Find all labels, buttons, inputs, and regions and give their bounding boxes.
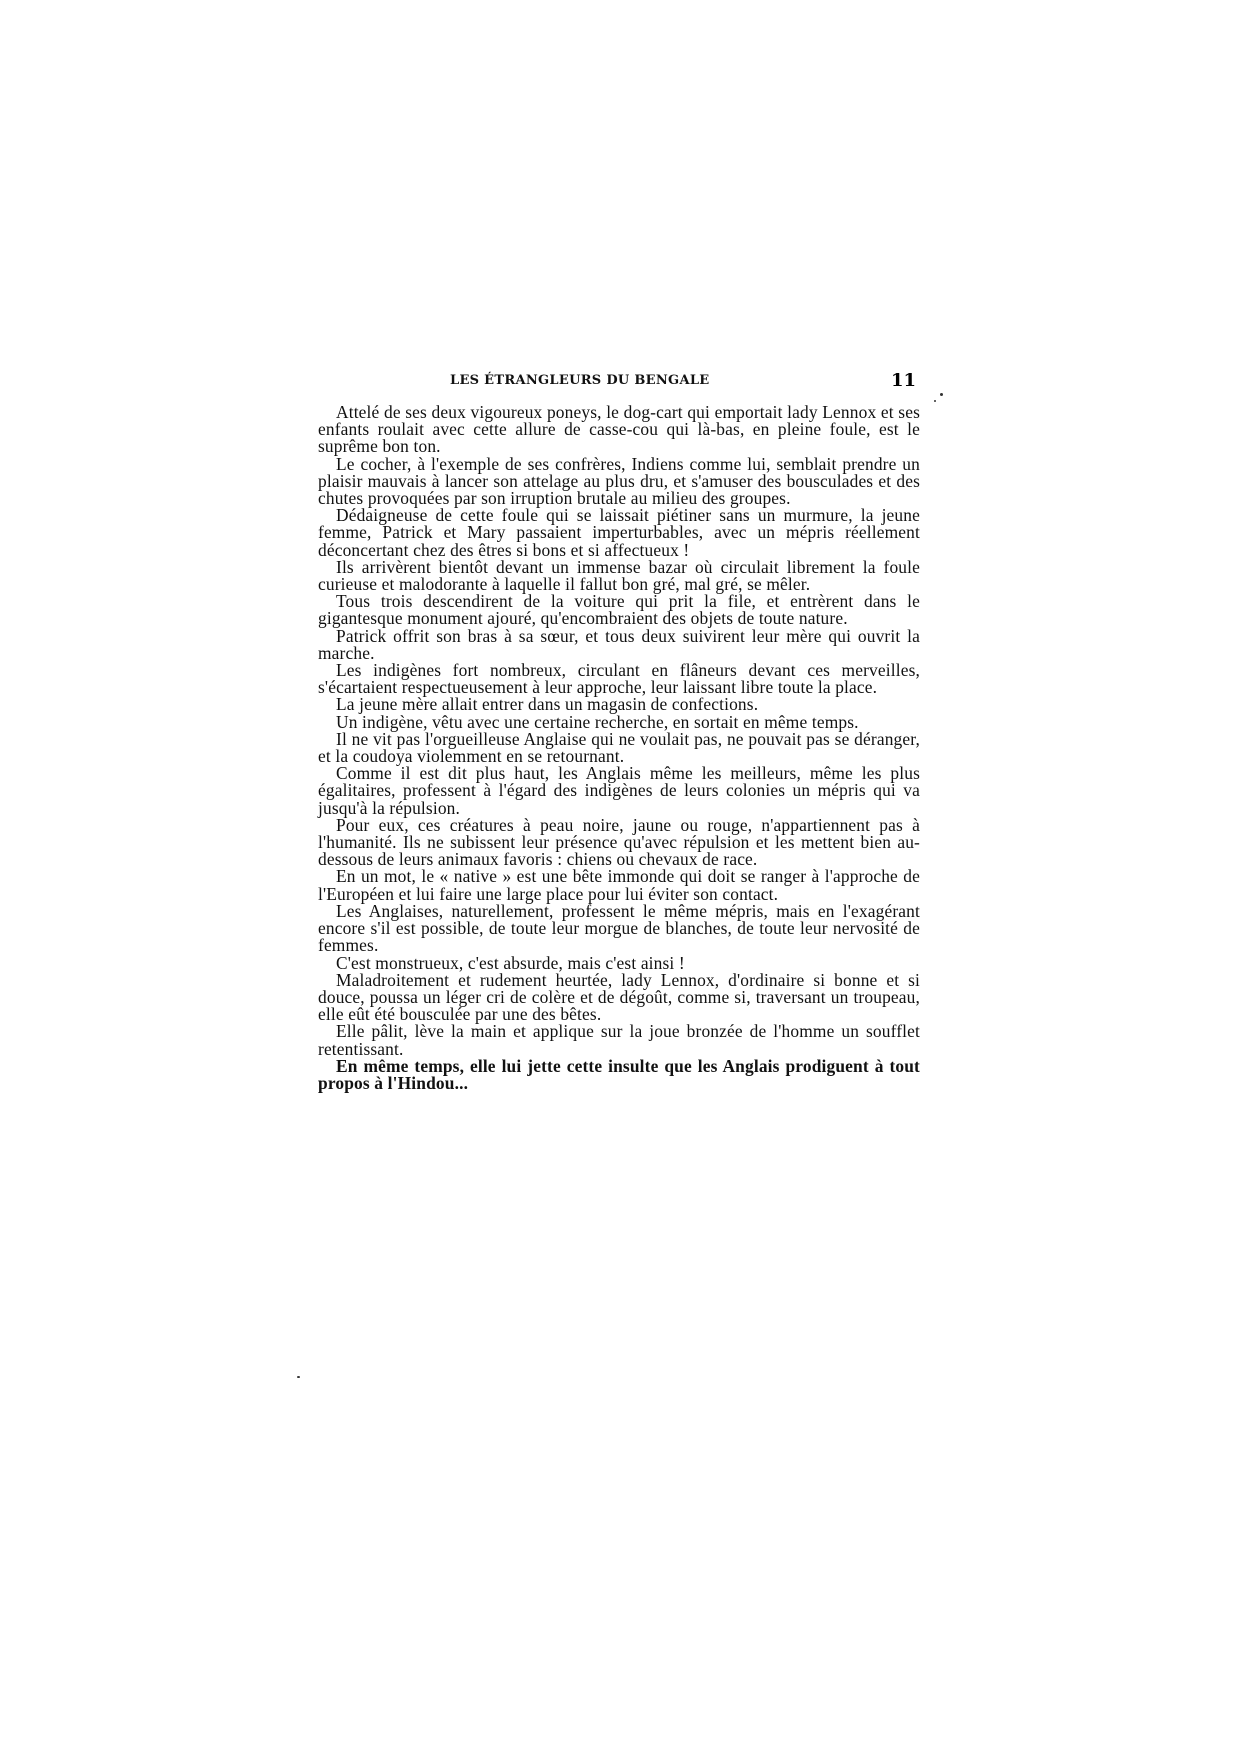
paragraph: Attelé de ses deux vigoureux poneys, le … <box>318 404 920 456</box>
paragraph: Les Anglaises, naturellement, professent… <box>318 903 920 955</box>
paragraph: Tous trois descendirent de la voiture qu… <box>318 593 920 627</box>
paragraph: Patrick offrit son bras à sa sœur, et to… <box>318 628 920 662</box>
page-header: LES ÉTRANGLEURS DU BENGALE 11 <box>300 370 920 394</box>
paragraph: Ils arrivèrent bientôt devant un immense… <box>318 559 920 593</box>
paragraph: En un mot, le « native » est une bête im… <box>318 868 920 902</box>
paragraph: Pour eux, ces créatures à peau noire, ja… <box>318 817 920 869</box>
paragraph: Comme il est dit plus haut, les Anglais … <box>318 765 920 817</box>
book-page: LES ÉTRANGLEURS DU BENGALE 11 Attelé de … <box>0 0 1241 1754</box>
paragraph: Maladroitement et rudement heurtée, lady… <box>318 972 920 1024</box>
page-number: 11 <box>891 370 916 391</box>
body-text: Attelé de ses deux vigoureux poneys, le … <box>318 404 920 1092</box>
scan-speck <box>934 400 936 402</box>
paragraph: Dédaigneuse de cette foule qui se laissa… <box>318 507 920 559</box>
paragraph: Les indigènes fort nombreux, circulant e… <box>318 662 920 696</box>
paragraph: Le cocher, à l'exemple de ses confrères,… <box>318 456 920 508</box>
scan-speck <box>940 393 943 396</box>
paragraph: Il ne vit pas l'orgueilleuse Anglaise qu… <box>318 731 920 765</box>
paragraph: Elle pâlit, lève la main et applique sur… <box>318 1023 920 1057</box>
paragraph: En même temps, elle lui jette cette insu… <box>318 1058 920 1092</box>
running-title: LES ÉTRANGLEURS DU BENGALE <box>450 373 709 388</box>
scan-speck <box>297 1376 300 1378</box>
